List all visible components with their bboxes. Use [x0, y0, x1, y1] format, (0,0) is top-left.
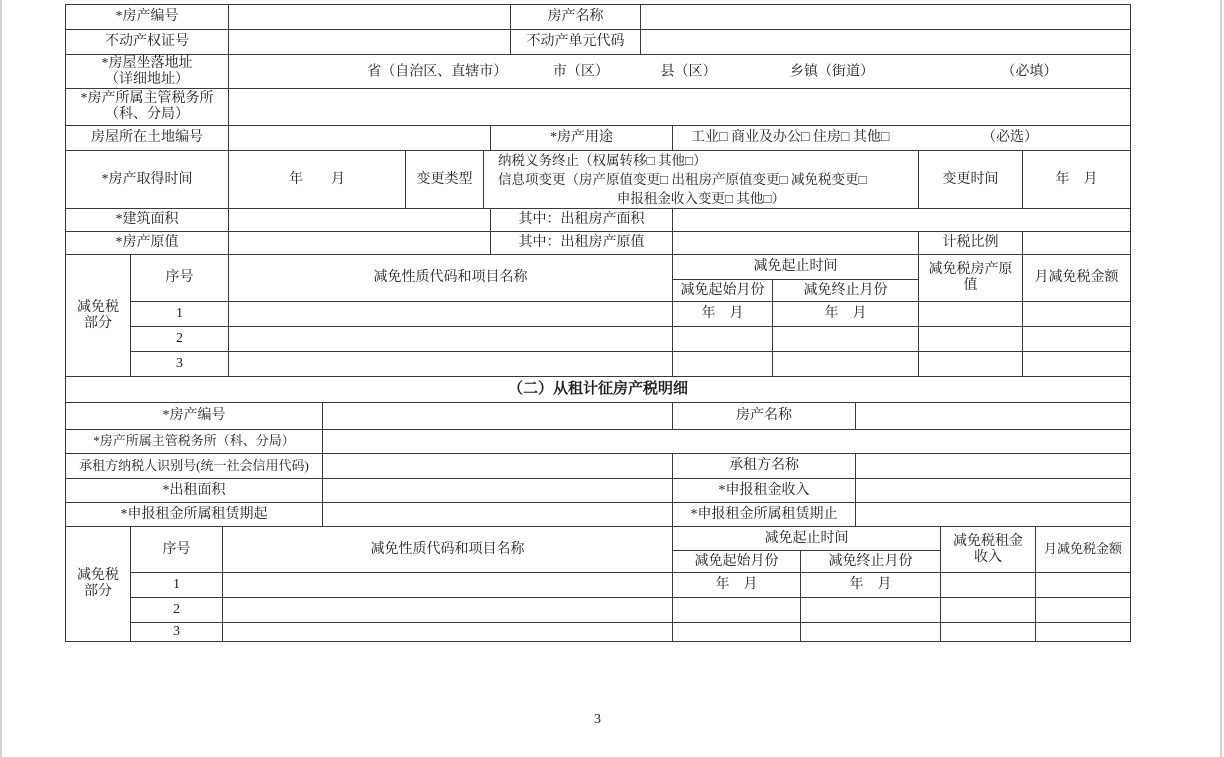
s2-property-name-label: 房产名称 — [673, 403, 856, 430]
s1-change-time-label: 变更时间 — [919, 151, 1023, 209]
s1-addr-town: 乡镇（街道） — [790, 63, 874, 81]
s1-relief-row2-value-field — [919, 327, 1023, 352]
s1-cert-no-field — [229, 30, 511, 55]
s2-relief-part-line1: 减免税 — [68, 568, 128, 584]
s1-address-field: 省（自治区、直辖市） 市（区） 县（区） 乡镇（街道） （必填） — [229, 55, 1131, 89]
s1-relief-value-header: 减免税房产原 值 — [919, 255, 1023, 302]
s1-address-label-line2: （详细地址） — [68, 72, 226, 88]
s2-relief-row1-start-field: 年 月 — [673, 573, 801, 598]
s1-rented-value-field — [673, 232, 919, 255]
s2-relief-monthly-header: 月减免税金额 — [1036, 527, 1131, 573]
s1-building-area-label: *建筑面积 — [66, 209, 229, 232]
s2-relief-row2-monthly-field — [1036, 598, 1131, 623]
s2-rent-income-label: *申报租金收入 — [673, 479, 856, 503]
s2-relief-row3-monthly-field — [1036, 623, 1131, 642]
s2-relief-start-header: 减免起始月份 — [673, 551, 801, 573]
s1-usage-checkboxes: 工业□ 商业及办公□ 住房□ 其他□ — [691, 129, 889, 147]
s1-relief-seq-header: 序号 — [131, 255, 229, 302]
s2-relief-code-header: 减免性质代码和项目名称 — [223, 527, 673, 573]
s1-relief-row2-seq: 2 — [131, 327, 229, 352]
s1-address-row: *房屋坐落地址 （详细地址） 省（自治区、直辖市） 市（区） 县（区） 乡镇（街… — [65, 54, 1131, 89]
s2-lessee-name-field — [856, 454, 1131, 479]
s2-lease-start-field — [323, 503, 673, 527]
s1-unit-code-label: 不动产单元代码 — [511, 30, 641, 55]
s1-addr-required: （必填） — [1001, 63, 1057, 81]
s2-relief-row2-seq: 2 — [131, 598, 223, 623]
s2-rented-area-label: *出租面积 — [66, 479, 323, 503]
s2-rented-area-field — [323, 479, 673, 503]
s2-relief-row1-end-field: 年 月 — [801, 573, 941, 598]
s1-head-rows: *房产编号 房产名称 不动产权证号 不动产单元代码 — [65, 4, 1131, 55]
s1-tax-office-field — [229, 89, 1131, 126]
table-row: 3 — [66, 623, 1131, 642]
s2-tax-office-label: *房产所属主管税务所（科、分局） — [66, 430, 323, 454]
s2-relief-end-header: 减免终止月份 — [801, 551, 941, 573]
s1-rented-area-label: 其中：出租房产面积 — [491, 209, 673, 232]
s1-relief-end-header: 减免终止月份 — [773, 280, 919, 302]
s1-addr-county: 县（区） — [660, 63, 716, 81]
s1-relief-row1-seq: 1 — [131, 302, 229, 327]
pdf-page: *房产编号 房产名称 不动产权证号 不动产单元代码 *房屋坐落地址 （详细地址） — [0, 0, 1224, 757]
s1-change-type-label: 变更类型 — [406, 151, 484, 209]
s2-relief-income-header: 减免税租金 收入 — [941, 527, 1036, 573]
s1-relief-row3-start-field — [673, 352, 773, 377]
s2-info-rows: *房产编号 房产名称 *房产所属主管税务所（科、分局） 承租方纳税人识别号(统一… — [65, 402, 1131, 527]
s1-relief-part-line2: 部分 — [68, 316, 128, 332]
s1-usage-label: *房产用途 — [491, 126, 673, 151]
s1-property-no-label: *房产编号 — [66, 5, 229, 30]
s2-lease-start-label: *申报租金所属租赁期起 — [66, 503, 323, 527]
s1-tax-ratio-field — [1023, 232, 1131, 255]
s2-relief-row2-code-field — [223, 598, 673, 623]
s1-relief-row3-value-field — [919, 352, 1023, 377]
table-row: 1 年 月 年 月 — [66, 573, 1131, 598]
s2-property-name-field — [856, 403, 1131, 430]
s1-cert-no-label: 不动产权证号 — [66, 30, 229, 55]
s2-relief-row3-code-field — [223, 623, 673, 642]
s1-relief-block: 减免税 部分 序号 减免性质代码和项目名称 减免起止时间 减免税房产原 值 月减… — [65, 254, 1131, 377]
s1-relief-part-label: 减免税 部分 — [66, 255, 131, 377]
s1-relief-row3-monthly-field — [1023, 352, 1131, 377]
s1-rented-area-field — [673, 209, 1131, 232]
s1-relief-part-line1: 减免税 — [68, 300, 128, 316]
s2-relief-row3-seq: 3 — [131, 623, 223, 642]
s1-relief-start-header: 减免起始月份 — [673, 280, 773, 302]
page-number: 3 — [65, 712, 1130, 728]
s1-original-value-field — [229, 232, 491, 255]
s1-relief-row3-seq: 3 — [131, 352, 229, 377]
s1-property-no-field — [229, 5, 511, 30]
s1-relief-row3-end-field — [773, 352, 919, 377]
s2-relief-row1-code-field — [223, 573, 673, 598]
s1-tax-ratio-label: 计税比例 — [919, 232, 1023, 255]
table-row: 3 — [66, 352, 1131, 377]
s1-relief-code-header: 减免性质代码和项目名称 — [229, 255, 673, 302]
s2-relief-row1-income-field — [941, 573, 1036, 598]
s2-property-no-field — [323, 403, 673, 430]
s2-relief-row3-end-field — [801, 623, 941, 642]
s2-title-row: （二）从租计征房产税明细 — [65, 376, 1131, 403]
s1-address-label-line1: *房屋坐落地址 — [68, 56, 226, 72]
s1-rented-value-label: 其中：出租房产原值 — [491, 232, 673, 255]
s2-rent-income-field — [856, 479, 1131, 503]
s2-relief-row3-start-field — [673, 623, 801, 642]
s2-relief-period-header: 减免起止时间 — [673, 527, 941, 551]
s1-addr-city: 市（区） — [553, 63, 609, 81]
s1-building-area-field — [229, 209, 491, 232]
s2-lease-end-label: *申报租金所属租赁期止 — [673, 503, 856, 527]
s1-area-value-rows: *建筑面积 其中：出租房产面积 *房产原值 其中：出租房产原值 计税比例 — [65, 208, 1131, 255]
s1-addr-province: 省（自治区、直辖市） — [367, 63, 507, 81]
s1-change-line1: 纳税义务终止（权属转移□ 其他□） — [490, 151, 912, 170]
s1-relief-row1-value-field — [919, 302, 1023, 327]
s2-relief-row2-end-field — [801, 598, 941, 623]
s2-relief-row2-start-field — [673, 598, 801, 623]
s1-usage-required: （必选） — [982, 129, 1038, 147]
s1-original-value-label: *房产原值 — [66, 232, 229, 255]
page-edge-right — [1220, 0, 1222, 757]
s2-tax-office-field — [323, 430, 1131, 454]
s2-relief-income-line2: 收入 — [943, 550, 1033, 566]
s1-acquire-change-row: *房产取得时间 年 月 变更类型 纳税义务终止（权属转移□ 其他□） 信息项变更… — [65, 150, 1131, 209]
s1-relief-row2-end-field — [773, 327, 919, 352]
s1-land-no-field — [229, 126, 491, 151]
s2-relief-block: 减免税 部分 序号 减免性质代码和项目名称 减免起止时间 减免税租金 收入 月减… — [65, 526, 1131, 642]
s1-relief-value-line1: 减免税房产原 — [921, 262, 1020, 278]
page-edge-left — [0, 0, 2, 757]
s1-acquire-time-label: *房产取得时间 — [66, 151, 229, 209]
s1-change-ym-field: 年 月 — [1023, 151, 1131, 209]
s2-lessee-name-label: 承租方名称 — [673, 454, 856, 479]
s1-relief-row2-monthly-field — [1023, 327, 1131, 352]
s1-land-no-label: 房屋所在土地编号 — [66, 126, 229, 151]
s2-lessee-id-label: 承租方纳税人识别号(统一社会信用代码) — [66, 454, 323, 479]
s1-property-name-field — [641, 5, 1131, 30]
s2-relief-part-label: 减免税 部分 — [66, 527, 131, 642]
s1-acquire-ym-field: 年 月 — [229, 151, 406, 209]
s1-tax-office-line2: （科、分局） — [68, 107, 226, 123]
s1-usage-options-cell: 工业□ 商业及办公□ 住房□ 其他□ （必选） — [673, 126, 1131, 151]
s1-tax-office-line1: *房产所属主管税务所 — [68, 91, 226, 107]
s1-change-line2: 信息项变更（房产原值变更□ 出租房产原值变更□ 减免税变更□ — [490, 170, 912, 189]
s2-relief-row1-seq: 1 — [131, 573, 223, 598]
table-row: 1 年 月 年 月 — [66, 302, 1131, 327]
s2-relief-seq-header: 序号 — [131, 527, 223, 573]
s1-relief-row2-code-field — [229, 327, 673, 352]
s2-relief-row3-income-field — [941, 623, 1036, 642]
s1-address-label: *房屋坐落地址 （详细地址） — [66, 55, 229, 89]
s1-relief-period-header: 减免起止时间 — [673, 255, 919, 280]
s1-change-options-cell: 纳税义务终止（权属转移□ 其他□） 信息项变更（房产原值变更□ 出租房产原值变更… — [484, 151, 919, 209]
s2-lessee-id-field — [323, 454, 673, 479]
table-row: 2 — [66, 327, 1131, 352]
s1-relief-row1-end-field: 年 月 — [773, 302, 919, 327]
s2-relief-income-line1: 减免税租金 — [943, 534, 1033, 550]
table-row: 2 — [66, 598, 1131, 623]
s1-tax-office-row: *房产所属主管税务所 （科、分局） — [65, 88, 1131, 126]
s1-relief-monthly-header: 月减免税金额 — [1023, 255, 1131, 302]
s1-relief-row3-code-field — [229, 352, 673, 377]
s1-relief-value-line2: 值 — [921, 278, 1020, 294]
s1-relief-row1-code-field — [229, 302, 673, 327]
s1-usage-options: 工业□ 商业及办公□ 住房□ 其他□ （必选） — [675, 129, 1128, 147]
tax-form-table: *房产编号 房产名称 不动产权证号 不动产单元代码 *房屋坐落地址 （详细地址） — [65, 4, 1131, 642]
s1-unit-code-field — [641, 30, 1131, 55]
s2-relief-row2-income-field — [941, 598, 1036, 623]
s2-section-title: （二）从租计征房产税明细 — [66, 377, 1131, 403]
s2-relief-part-line2: 部分 — [68, 584, 128, 600]
s1-change-line3: 申报租金收入变更□ 其他□） — [490, 189, 912, 208]
s1-relief-row2-start-field — [673, 327, 773, 352]
s1-relief-row1-start-field: 年 月 — [673, 302, 773, 327]
s1-property-name-label: 房产名称 — [511, 5, 641, 30]
s1-tax-office-label: *房产所属主管税务所 （科、分局） — [66, 89, 229, 126]
s2-lease-end-field — [856, 503, 1131, 527]
s1-usage-row: 房屋所在土地编号 *房产用途 工业□ 商业及办公□ 住房□ 其他□ （必选） — [65, 125, 1131, 151]
s2-property-no-label: *房产编号 — [66, 403, 323, 430]
s2-relief-row1-monthly-field — [1036, 573, 1131, 598]
s1-relief-row1-monthly-field — [1023, 302, 1131, 327]
